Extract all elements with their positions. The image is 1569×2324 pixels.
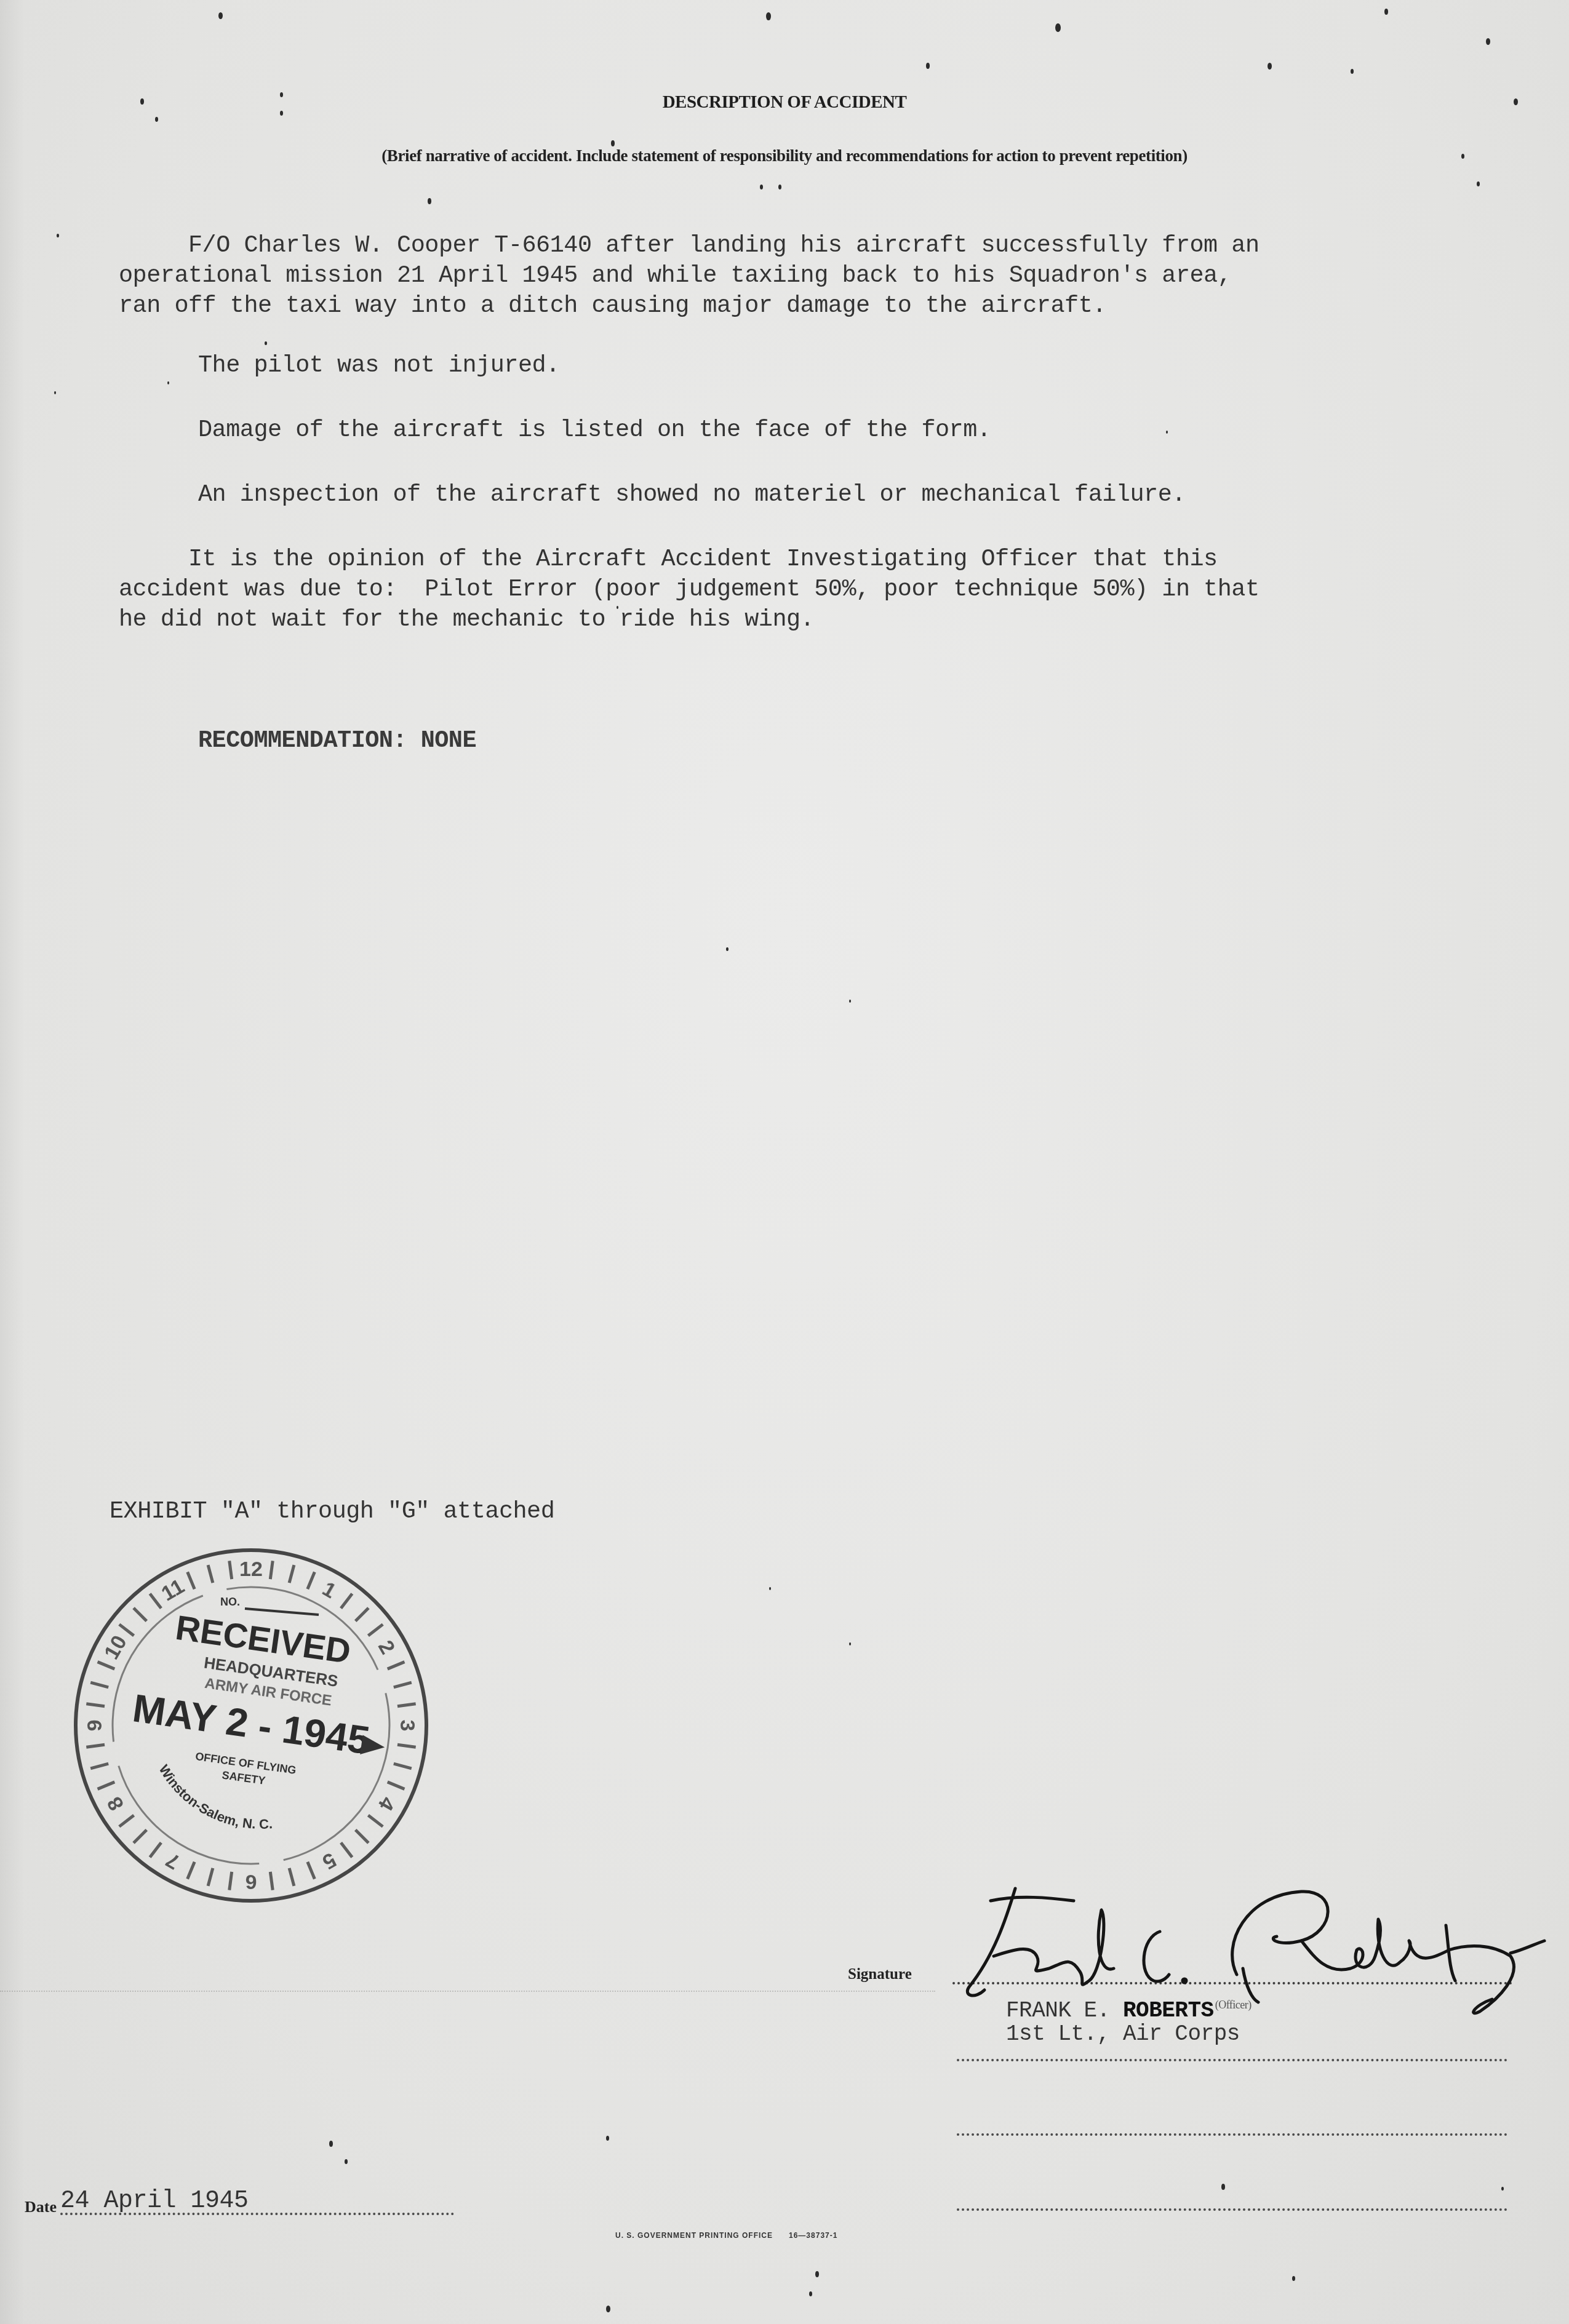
speck: [345, 2159, 348, 2164]
blank-line: [957, 2059, 1507, 2061]
date-label: Date: [25, 2198, 57, 2216]
narrative-line: operational mission 21 April 1945 and wh…: [119, 261, 1260, 291]
speck: [54, 391, 56, 394]
signature-label: Signature: [848, 1966, 912, 1983]
printer-mark: U. S. GOVERNMENT PRINTING OFFICE 16—3873…: [615, 2231, 837, 2240]
speck: [1501, 2187, 1504, 2191]
speck: [265, 341, 267, 345]
stamp-office-line-2: SAFETY: [221, 1769, 266, 1787]
svg-text:10: 10: [100, 1631, 132, 1663]
officer-name: FRANK E. ROBERTS(Officer): [1006, 1991, 1252, 2024]
speck: [1477, 181, 1480, 186]
speck: [1055, 23, 1061, 32]
document-page: DESCRIPTION OF ACCIDENT (Brief narrative…: [0, 0, 1569, 2324]
speck: [280, 92, 283, 97]
speck: [428, 198, 431, 204]
svg-text:6: 6: [246, 1870, 257, 1893]
speck: [611, 140, 615, 146]
svg-text:4: 4: [373, 1793, 399, 1814]
narrative-line: F/O Charles W. Cooper T-66140 after land…: [119, 231, 1260, 261]
narrative-line: accident was due to: Pilot Error (poor j…: [119, 575, 1260, 605]
svg-text:3: 3: [396, 1720, 419, 1732]
speck: [167, 381, 169, 384]
speck: [218, 12, 223, 19]
speck: [617, 606, 618, 609]
divider: [0, 1991, 935, 1992]
narrative-line: he did not wait for the mechanic to ride…: [119, 605, 1260, 635]
speck: [760, 185, 763, 189]
speck: [329, 2141, 333, 2147]
svg-text:2: 2: [373, 1636, 399, 1658]
stamp-no-label: NO.: [220, 1596, 240, 1608]
blank-line: [957, 2208, 1507, 2211]
recommendation-line: RECOMMENDATION: NONE: [198, 726, 476, 756]
speck: [849, 1000, 851, 1003]
speck: [778, 185, 781, 189]
speck: [606, 2136, 609, 2141]
narrative-line: Damage of the aircraft is listed on the …: [198, 415, 991, 445]
narrative-line: An inspection of the aircraft showed no …: [198, 480, 1186, 510]
speck: [815, 2271, 819, 2277]
blank-line: [957, 2133, 1507, 2136]
speck: [1486, 38, 1490, 45]
speck: [1292, 2276, 1295, 2281]
speck: [766, 12, 771, 20]
speck: [280, 111, 283, 116]
svg-text:5: 5: [318, 1848, 340, 1874]
svg-text:12: 12: [239, 1558, 263, 1581]
svg-text:11: 11: [158, 1575, 188, 1606]
narrative-paragraph-injury: The pilot was not injured.: [198, 351, 560, 381]
exhibits-note: EXHIBIT "A" through "G" attached: [110, 1497, 554, 1527]
form-subtitle: (Brief narrative of accident. Include st…: [0, 146, 1569, 165]
speck: [1221, 2184, 1225, 2190]
narrative-paragraph-inspection: An inspection of the aircraft showed no …: [198, 480, 1186, 510]
narrative-paragraph-incident: F/O Charles W. Cooper T-66140 after land…: [119, 231, 1260, 321]
speck: [1384, 9, 1388, 15]
narrative-line: ran off the taxi way into a ditch causin…: [119, 291, 1260, 321]
speck: [809, 2291, 812, 2296]
speck: [926, 63, 930, 69]
svg-text:1: 1: [318, 1577, 340, 1603]
officer-rank: 1st Lt., Air Corps: [1006, 2021, 1240, 2048]
speck: [1461, 154, 1464, 159]
speck: [1166, 431, 1168, 434]
speck: [155, 117, 158, 122]
speck: [849, 1642, 851, 1646]
received-stamp: 123456789101112 NO. RECEIVED HEADQUARTER…: [66, 1541, 436, 1910]
speck: [140, 98, 144, 105]
speck: [606, 2306, 610, 2312]
speck: [769, 1587, 771, 1590]
speck: [726, 947, 729, 951]
speck: [1351, 69, 1354, 74]
officer-name-last: ROBERTS: [1123, 1998, 1214, 2023]
speck: [57, 234, 59, 237]
speck: [1268, 63, 1272, 70]
date-line: [60, 2213, 454, 2215]
form-title: DESCRIPTION OF ACCIDENT: [0, 92, 1569, 113]
svg-text:9: 9: [83, 1720, 106, 1732]
narrative-line: It is the opinion of the Aircraft Accide…: [119, 544, 1260, 575]
narrative-paragraph-opinion: It is the opinion of the Aircraft Accide…: [119, 544, 1260, 635]
officer-hint: (Officer): [1215, 1999, 1252, 2011]
svg-text:7: 7: [162, 1848, 183, 1874]
narrative-paragraph-damage: Damage of the aircraft is listed on the …: [198, 415, 991, 445]
svg-text:8: 8: [103, 1793, 129, 1814]
narrative-line: The pilot was not injured.: [198, 351, 560, 381]
stamp-location: Winston-Salem, N. C.: [156, 1762, 273, 1832]
date-value: 24 April 1945: [60, 2186, 249, 2216]
officer-name-first: FRANK E.: [1006, 1998, 1110, 2023]
